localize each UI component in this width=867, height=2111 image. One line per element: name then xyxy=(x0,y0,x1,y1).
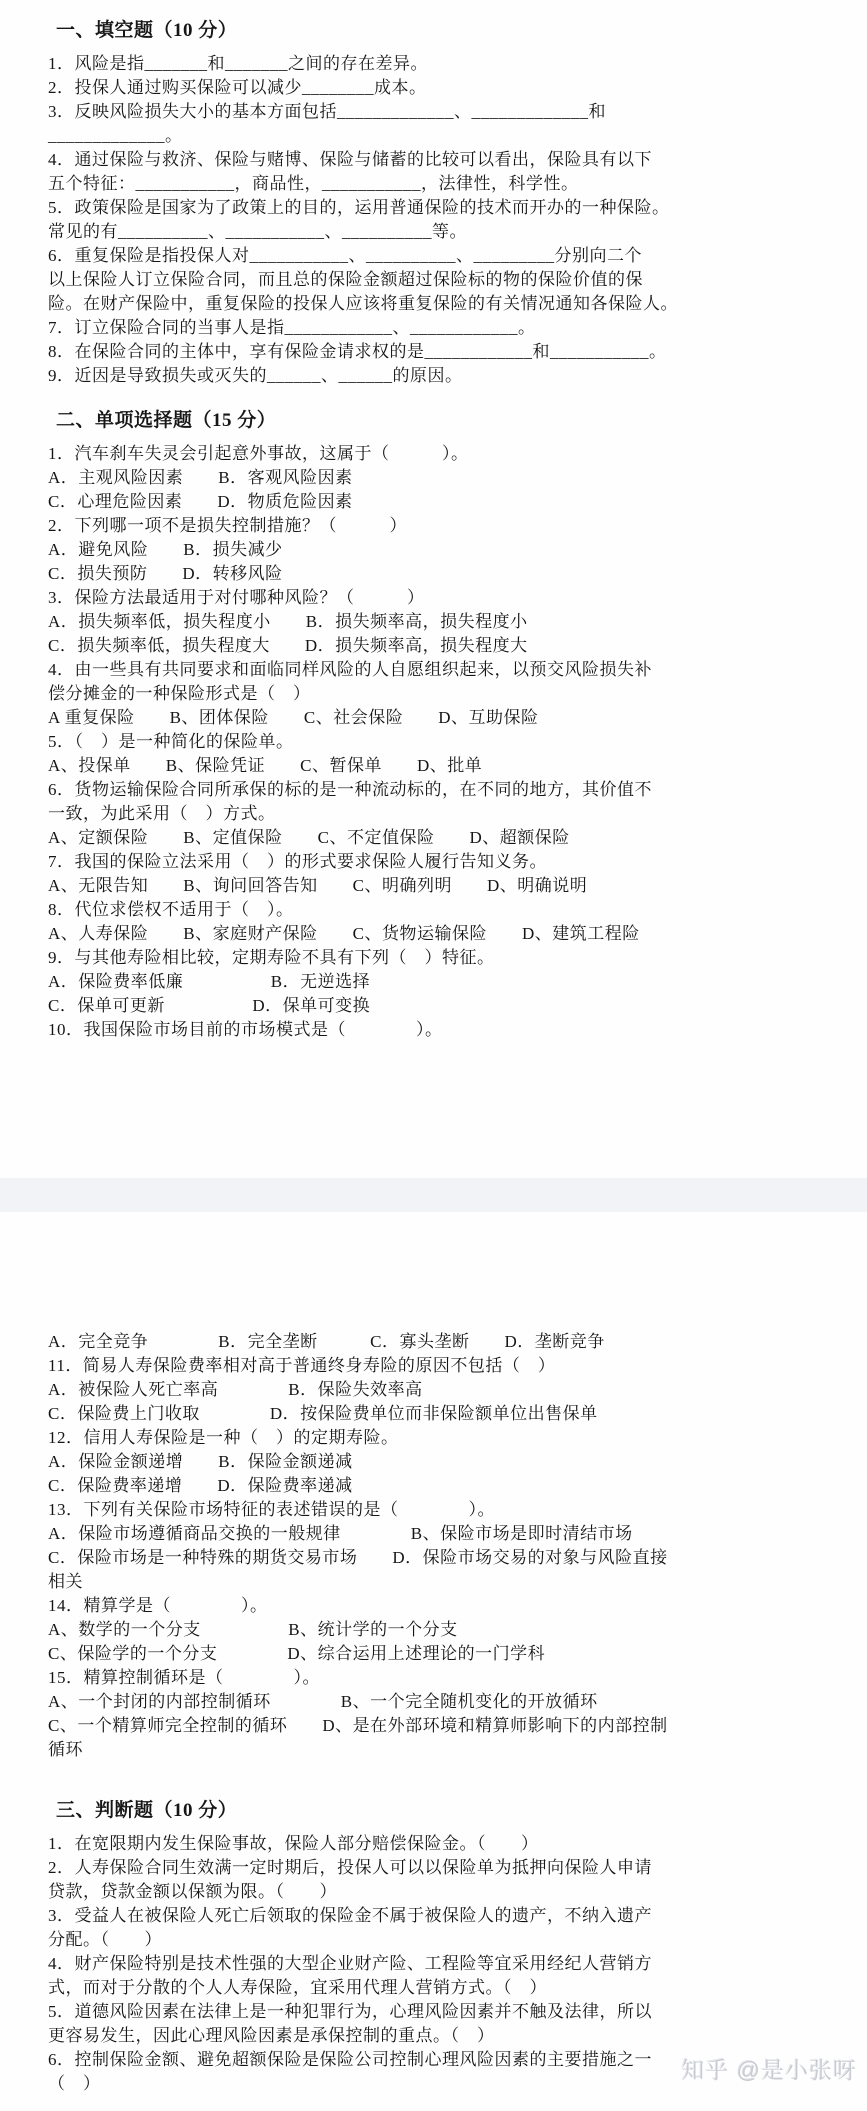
text-line: A．避免风险 B．损失减少 xyxy=(0,538,867,562)
text-line: A、数学的一个分支 B、统计学的一个分支 xyxy=(0,1618,867,1642)
text-line: C、一个精算师完全控制的循环 D、是在外部环境和精算师影响下的内部控制 xyxy=(0,1714,867,1738)
text-line: 循环 xyxy=(0,1738,867,1762)
text-line: 一致，为此采用（ ）方式。 xyxy=(0,802,867,826)
text-line: A．被保险人死亡率高 B．保险失效率高 xyxy=(0,1378,867,1402)
choice-section-body-part1: 1．汽车刹车失灵会引起意外事故，这属于（ ）。A．主观风险因素 B．客观风险因素… xyxy=(0,442,867,1042)
text-line: C．保险费上门收取 D．按保险费单位而非保险额单位出售保单 xyxy=(0,1402,867,1426)
text-line: 偿分摊金的一种保险形式是（ ） xyxy=(0,682,867,706)
text-line: 险。在财产保险中，重复保险的投保人应该将重复保险的有关情况通知各保险人。 xyxy=(0,292,867,316)
text-line: 7．订立保险合同的当事人是指____________、____________。 xyxy=(0,316,867,340)
text-line: 1．风险是指_______和_______之间的存在差异。 xyxy=(0,52,867,76)
text-line: A．损失频率低，损失程度小 B．损失频率高，损失程度小 xyxy=(0,610,867,634)
text-line: A．保险金额递增 B．保险金额递减 xyxy=(0,1450,867,1474)
text-line: 以上保险人订立保险合同，而且总的保险金额超过保险标的物的保险价值的保 xyxy=(0,268,867,292)
text-line: A、定额保险 B、定值保险 C、不定值保险 D、超额保险 xyxy=(0,826,867,850)
text-line: C．保单可更新 D．保单可变换 xyxy=(0,994,867,1018)
text-line: C．保险市场是一种特殊的期货交易市场 D．保险市场交易的对象与风险直接 xyxy=(0,1546,867,1570)
text-line: A．保险市场遵循商品交换的一般规律 B、保险市场是即时清结市场 xyxy=(0,1522,867,1546)
text-line: _____________。 xyxy=(0,124,867,148)
text-line: 8．在保险合同的主体中，享有保险金请求权的是____________和_____… xyxy=(0,340,867,364)
choice-section-heading: 二、单项选择题（15 分） xyxy=(0,408,867,434)
text-line: 1．汽车刹车失灵会引起意外事故，这属于（ ）。 xyxy=(0,442,867,466)
text-line: A．完全竞争 B．完全垄断 C．寡头垄断 D．垄断竞争 xyxy=(0,1330,867,1354)
fill-section-heading: 一、填空题（10 分） xyxy=(0,18,867,44)
section-true-false: 三、判断题（10 分） 1．在宽限期内发生保险事故，保险人部分赔偿保险金。（ ）… xyxy=(0,1798,867,2096)
text-line: C．心理危险因素 D．物质危险因素 xyxy=(0,490,867,514)
text-line: C．损失频率低，损失程度大 D．损失频率高，损失程度大 xyxy=(0,634,867,658)
text-line: 常见的有__________、___________、__________等。 xyxy=(0,220,867,244)
choice-section-body-part2: A．完全竞争 B．完全垄断 C．寡头垄断 D．垄断竞争11．简易人寿保险费率相对… xyxy=(0,1330,867,1762)
text-line: 3．受益人在被保险人死亡后领取的保险金不属于被保险人的遗产，不纳入遗产 xyxy=(0,1904,867,1928)
text-line: 5．政策保险是国家为了政策上的目的，运用普通保险的技术而开办的一种保险。 xyxy=(0,196,867,220)
judge-section-heading: 三、判断题（10 分） xyxy=(0,1798,867,1824)
text-line: 12．信用人寿保险是一种（ ）的定期寿险。 xyxy=(0,1426,867,1450)
text-line: 3．反映风险损失大小的基本方面包括_____________、_________… xyxy=(0,100,867,124)
text-line: 6．货物运输保险合同所承保的标的是一种流动标的，在不同的地方，其价值不 xyxy=(0,778,867,802)
text-line: 更容易发生，因此心理风险因素是承保控制的重点。（ ） xyxy=(0,2024,867,2048)
text-line: 五个特征：___________，商品性，___________，法律性，科学性… xyxy=(0,172,867,196)
text-line: 5．（ ）是一种简化的保险单。 xyxy=(0,730,867,754)
text-line: 2．投保人通过购买保险可以减少________成本。 xyxy=(0,76,867,100)
text-line: 2．人寿保险合同生效满一定时期后，投保人可以以保险单为抵押向保险人申请 xyxy=(0,1856,867,1880)
text-line: 5．道德风险因素在法律上是一种犯罪行为，心理风险因素并不触及法律，所以 xyxy=(0,2000,867,2024)
page-break-band xyxy=(0,1178,867,1212)
text-line: 4．财产保险特别是技术性强的大型企业财产险、工程险等宜采用经纪人营销方 xyxy=(0,1952,867,1976)
text-line: 2．下列哪一项不是损失控制措施？（ ） xyxy=(0,514,867,538)
text-line: 10．我国保险市场目前的市场模式是（ ）。 xyxy=(0,1018,867,1042)
text-line: 4．由一些具有共同要求和面临同样风险的人自愿组织起来，以预交风险损失补 xyxy=(0,658,867,682)
text-line: 相关 xyxy=(0,1570,867,1594)
section-fill-in-blanks: 一、填空题（10 分） 1．风险是指_______和_______之间的存在差异… xyxy=(0,18,867,388)
text-line: A、一个封闭的内部控制循环 B、一个完全随机变化的开放循环 xyxy=(0,1690,867,1714)
section-multiple-choice: 二、单项选择题（15 分） 1．汽车刹车失灵会引起意外事故，这属于（ ）。A．主… xyxy=(0,408,867,1762)
text-line: 13．下列有关保险市场特征的表述错误的是（ ）。 xyxy=(0,1498,867,1522)
text-line: A 重复保险 B、团体保险 C、社会保险 D、互助保险 xyxy=(0,706,867,730)
text-line: 14．精算学是（ ）。 xyxy=(0,1594,867,1618)
text-line: 6．重复保险是指投保人对___________、__________、_____… xyxy=(0,244,867,268)
text-line: A．保险费率低廉 B．无逆选择 xyxy=(0,970,867,994)
text-line: 4．通过保险与救济、保险与赌博、保险与储蓄的比较可以看出，保险具有以下 xyxy=(0,148,867,172)
text-line: （ ） xyxy=(0,2072,867,2096)
text-line: 9．与其他寿险相比较，定期寿险不具有下列（ ）特征。 xyxy=(0,946,867,970)
text-line: 贷款，贷款金额以保额为限。（ ） xyxy=(0,1880,867,1904)
text-line: 式，而对于分散的个人人寿保险，宜采用代理人营销方式。（ ） xyxy=(0,1976,867,2000)
text-line: 11．简易人寿保险费率相对高于普通终身寿险的原因不包括（ ） xyxy=(0,1354,867,1378)
fill-section-body: 1．风险是指_______和_______之间的存在差异。2．投保人通过购买保险… xyxy=(0,52,867,388)
text-line: 3．保险方法最适用于对付哪种风险？（ ） xyxy=(0,586,867,610)
text-line: 7．我国的保险立法采用（ ）的形式要求保险人履行告知义务。 xyxy=(0,850,867,874)
text-line: 15．精算控制循环是（ ）。 xyxy=(0,1666,867,1690)
text-line: 分配。（ ） xyxy=(0,1928,867,1952)
text-line: A、人寿保险 B、家庭财产保险 C、货物运输保险 D、建筑工程险 xyxy=(0,922,867,946)
exam-document-page: 一、填空题（10 分） 1．风险是指_______和_______之间的存在差异… xyxy=(0,0,867,2111)
text-line: A、投保单 B、保险凭证 C、暂保单 D、批单 xyxy=(0,754,867,778)
text-line: C、保险学的一个分支 D、综合运用上述理论的一门学科 xyxy=(0,1642,867,1666)
text-line: 9．近因是导致损失或灭失的______、______的原因。 xyxy=(0,364,867,388)
text-line: 6．控制保险金额、避免超额保险是保险公司控制心理风险因素的主要措施之一 xyxy=(0,2048,867,2072)
text-line: 1．在宽限期内发生保险事故，保险人部分赔偿保险金。（ ） xyxy=(0,1832,867,1856)
text-line: A、无限告知 B、询问回答告知 C、明确列明 D、明确说明 xyxy=(0,874,867,898)
text-line: 8．代位求偿权不适用于（ ）。 xyxy=(0,898,867,922)
text-line: C．损失预防 D．转移风险 xyxy=(0,562,867,586)
text-line: A．主观风险因素 B．客观风险因素 xyxy=(0,466,867,490)
judge-section-body: 1．在宽限期内发生保险事故，保险人部分赔偿保险金。（ ）2．人寿保险合同生效满一… xyxy=(0,1832,867,2096)
text-line: C．保险费率递增 D．保险费率递减 xyxy=(0,1474,867,1498)
